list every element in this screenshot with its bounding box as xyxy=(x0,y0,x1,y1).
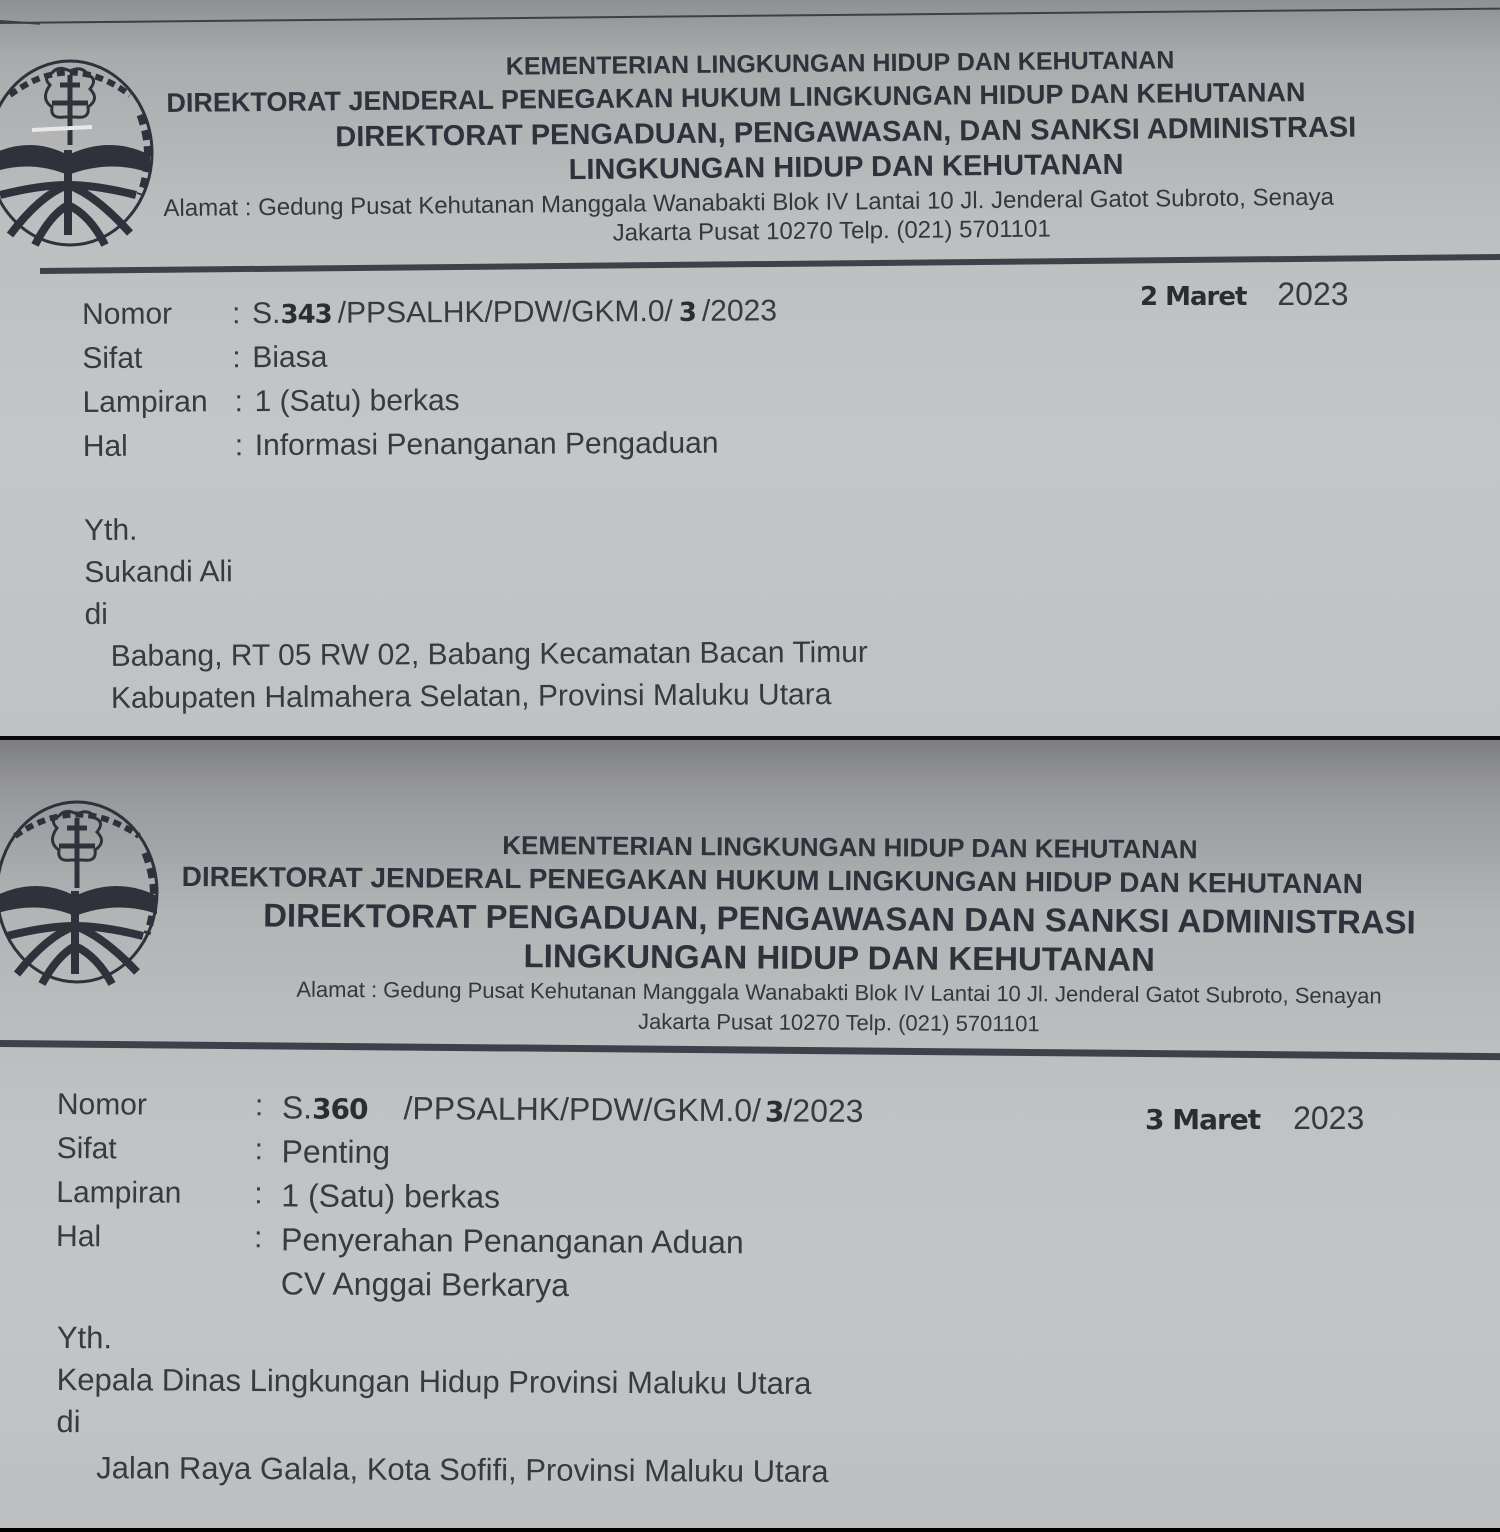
salutation: Yth. xyxy=(84,510,867,556)
paper-edge-line xyxy=(0,8,1500,24)
meta-row-sifat: Sifat : Penting xyxy=(56,1132,956,1181)
meta-colon: : xyxy=(255,1133,264,1167)
meta-value-nomor: S.360/PPSALHK/PDW/GKM.0/3/2023 xyxy=(282,1089,864,1130)
meta-colon: : xyxy=(254,1177,263,1211)
recipient-block: Yth. Sukandi Ali di Babang, RT 05 RW 02,… xyxy=(84,510,868,724)
recipient-name: Sukandi Ali xyxy=(84,552,867,598)
meta-row-hal: Hal : Penyerahan Penanganan Aduan CV Ang… xyxy=(56,1220,957,1313)
meta-row-nomor: Nomor : S.360/PPSALHK/PDW/GKM.0/3/2023 xyxy=(57,1088,957,1137)
meta-value-hal-line2: CV Anggai Berkarya xyxy=(281,1265,569,1304)
directorate-name-line2: LINGKUNGAN HIDUP DAN KEHUTANAN xyxy=(161,147,1500,189)
salutation: Yth. xyxy=(57,1320,830,1366)
meta-label: Nomor xyxy=(57,1088,147,1123)
meta-colon: : xyxy=(254,1221,263,1255)
letter-meta: Nomor : S.343/PPSALHK/PDW/GKM.0/3/2023 S… xyxy=(82,293,983,474)
meta-value-lampiran: 1 (Satu) berkas xyxy=(281,1177,500,1215)
meta-label: Lampiran xyxy=(82,385,207,420)
meta-colon: : xyxy=(235,429,244,463)
meta-label: Nomor xyxy=(82,298,172,332)
handwritten-letter-number: 360 xyxy=(312,1093,368,1126)
handwritten-date: 3 Maret xyxy=(1145,1103,1260,1136)
recipient-di: di xyxy=(56,1404,829,1450)
meta-colon: : xyxy=(234,385,243,419)
meta-row-sifat: Sifat : Biasa xyxy=(82,337,982,386)
meta-value-hal: Informasi Penanganan Pengaduan xyxy=(255,427,719,463)
meta-label: Hal xyxy=(83,430,128,464)
nomor-prefix: S. xyxy=(252,297,281,330)
meta-colon: : xyxy=(232,341,241,375)
directorate-general-name: DIREKTORAT JENDERAL PENEGAKAN HUKUM LING… xyxy=(160,77,1500,117)
meta-row-lampiran: Lampiran : 1 (Satu) berkas xyxy=(56,1176,956,1225)
nomor-prefix: S. xyxy=(282,1089,312,1125)
meta-value-lampiran: 1 (Satu) berkas xyxy=(254,384,459,419)
handwritten-month: 3 xyxy=(679,298,696,328)
directorate-general-name: DIREKTORAT JENDERAL PENEGAKAN HUKUM LING… xyxy=(180,863,1500,899)
nomor-year: /2023 xyxy=(783,1092,863,1128)
meta-colon: : xyxy=(255,1089,264,1123)
nomor-code: /PPSALHK/PDW/GKM.0/ xyxy=(338,295,673,330)
meta-label: Lampiran xyxy=(56,1176,181,1211)
letterhead: KEMENTERIAN LINGKUNGAN HIDUP DAN KEHUTAN… xyxy=(160,45,1500,250)
meta-row-hal: Hal : Informasi Penanganan Pengaduan xyxy=(83,425,983,474)
recipient-name: Kepala Dinas Lingkungan Hidup Provinsi M… xyxy=(57,1362,830,1408)
handwritten-month: 3 xyxy=(765,1095,784,1128)
ministry-name: KEMENTERIAN LINGKUNGAN HIDUP DAN KEHUTAN… xyxy=(180,830,1500,864)
letterhead-rule xyxy=(40,254,1500,274)
letterhead: KEMENTERIAN LINGKUNGAN HIDUP DAN KEHUTAN… xyxy=(179,830,1500,1038)
meta-label: Sifat xyxy=(57,1132,117,1166)
letterhead-address: Alamat : Gedung Pusat Kehutanan Manggala… xyxy=(179,978,1499,1008)
klhk-tree-emblem-icon xyxy=(0,798,165,988)
date-year: 2023 xyxy=(1277,276,1348,312)
letter-meta: Nomor : S.360/PPSALHK/PDW/GKM.0/3/2023 S… xyxy=(56,1088,957,1313)
letter-2-photo: KEMENTERIAN LINGKUNGAN HIDUP DAN KEHUTAN… xyxy=(0,740,1500,1528)
nomor-year: /2023 xyxy=(702,294,777,327)
directorate-name: DIREKTORAT PENGADUAN, PENGAWASAN, DAN SA… xyxy=(161,112,1500,154)
meta-colon: : xyxy=(232,297,241,331)
recipient-address-line1: Jalan Raya Galala, Kota Sofifi, Provinsi… xyxy=(56,1450,829,1496)
klhk-tree-emblem-icon xyxy=(0,55,160,250)
directorate-name-line2: LINGKUNGAN HIDUP DAN KEHUTANAN xyxy=(179,937,1499,978)
meta-row-lampiran: Lampiran : 1 (Satu) berkas xyxy=(82,381,982,430)
meta-label: Hal xyxy=(56,1220,101,1254)
letter-date: 3 Maret 2023 xyxy=(1145,1100,1364,1137)
handwritten-letter-number: 343 xyxy=(280,300,331,330)
meta-value-hal: Penyerahan Penanganan Aduan xyxy=(281,1221,744,1261)
meta-label: Sifat xyxy=(82,342,142,376)
directorate-name: DIREKTORAT PENGADUAN, PENGAWASAN DAN SAN… xyxy=(179,898,1499,939)
handwritten-date: 2 Maret xyxy=(1140,282,1246,312)
letterhead-rule xyxy=(0,1040,1500,1060)
meta-value-sifat: Biasa xyxy=(252,341,327,375)
date-year: 2023 xyxy=(1293,1100,1364,1136)
recipient-di: di xyxy=(84,594,867,640)
meta-value-sifat: Penting xyxy=(282,1133,391,1171)
meta-value-nomor: S.343/PPSALHK/PDW/GKM.0/3/2023 xyxy=(252,294,777,331)
recipient-address-line1: Babang, RT 05 RW 02, Babang Kecamatan Ba… xyxy=(85,636,868,682)
recipient-block: Yth. Kepala Dinas Lingkungan Hidup Provi… xyxy=(56,1320,829,1496)
letter-1-photo: KEMENTERIAN LINGKUNGAN HIDUP DAN KEHUTAN… xyxy=(0,0,1500,736)
nomor-code: /PPSALHK/PDW/GKM.0/ xyxy=(403,1090,761,1128)
letterhead-address-line2: Jakarta Pusat 10270 Telp. (021) 5701101 xyxy=(179,1008,1499,1038)
recipient-address-line2: Kabupaten Halmahera Selatan, Provinsi Ma… xyxy=(85,678,868,724)
meta-row-nomor: Nomor : S.343/PPSALHK/PDW/GKM.0/3/2023 xyxy=(82,293,982,342)
letter-date: 2 Maret 2023 xyxy=(1140,276,1349,313)
